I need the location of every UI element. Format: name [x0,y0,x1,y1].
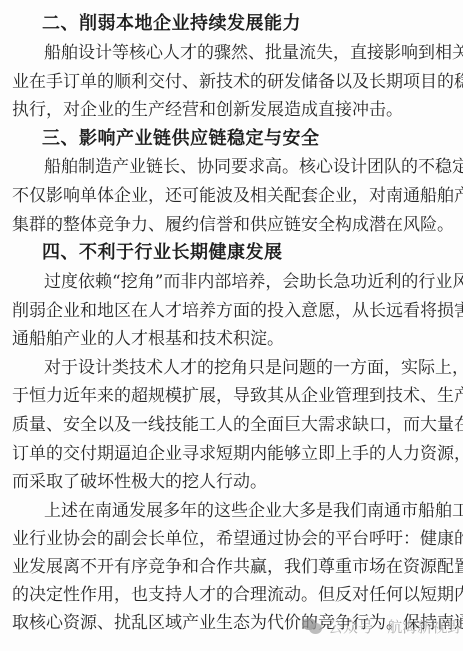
text-line: 削弱企业和地区在人才培养方面的投入意愿，从长远看将损害南 [12,299,432,323]
section-heading: 三、影响产业链供应链稳定与安全 [42,126,320,152]
text-line: 对于设计类技术人才的挖角只是问题的一方面，实际上，由 [44,356,432,380]
text-line: 于恒力近年来的超规模扩展，导致其从企业管理到技术、生产、 [12,384,432,408]
text-line: 订单的交付期逼迫企业寻求短期内能够立即上手的人力资源，因 [12,442,432,466]
text-line: 通船舶产业的人才根基和技术积淀。 [12,327,432,351]
text-line: 不仅影响单体企业，还可能波及相关配套企业，对南通船舶产业 [12,184,432,208]
text-line: 业在手订单的顺利交付、新技术的研发储备以及长期项目的稳定 [12,70,432,94]
section-heading: 四、不利于行业长期健康发展 [42,240,283,266]
text-line: 船舶制造产业链长、协同要求高。核心设计团队的不稳定， [44,155,432,179]
text-line: 船舶设计等核心人才的骤然、批量流失，直接影响到相关企 [44,41,432,65]
watermark: 公众号 · 航海新视野 [302,615,462,637]
text-line: 业行业协会的副会长单位，希望通过协会的平台呼吁：健康的产 [12,527,432,551]
text-line: 质量、安全以及一线技能工人的全面巨大需求缺口，而大量在手 [12,413,432,437]
text-line: 业发展离不开有序竞争和合作共赢，我们尊重市场在资源配置中 [12,555,432,579]
text-line: 而采取了破坏性极大的挖人行动。 [12,470,432,494]
document-page: 二、削弱本地企业持续发展能力 船舶设计等核心人才的骤然、批量流失，直接影响到相关… [0,0,463,651]
text-line: 集群的整体竞争力、履约信誉和供应链安全构成潜在风险。 [12,213,432,237]
wechat-icon [302,617,324,635]
text-line: 执行，对企业的生产经营和创新发展造成直接冲击。 [12,98,432,122]
text-line: 过度依赖“挖角”而非内部培养，会助长急功近利的行业风气， [44,270,432,294]
section-heading: 二、削弱本地企业持续发展能力 [42,11,301,37]
text-line: 的决定性作用，也支持人才的合理流动。但反对任何以短期内攫 [12,583,432,607]
text-line: 上述在南通发展多年的这些企业大多是我们南通市船舶工 [44,499,432,523]
watermark-label: 公众号 · 航海新视野 [328,616,462,637]
